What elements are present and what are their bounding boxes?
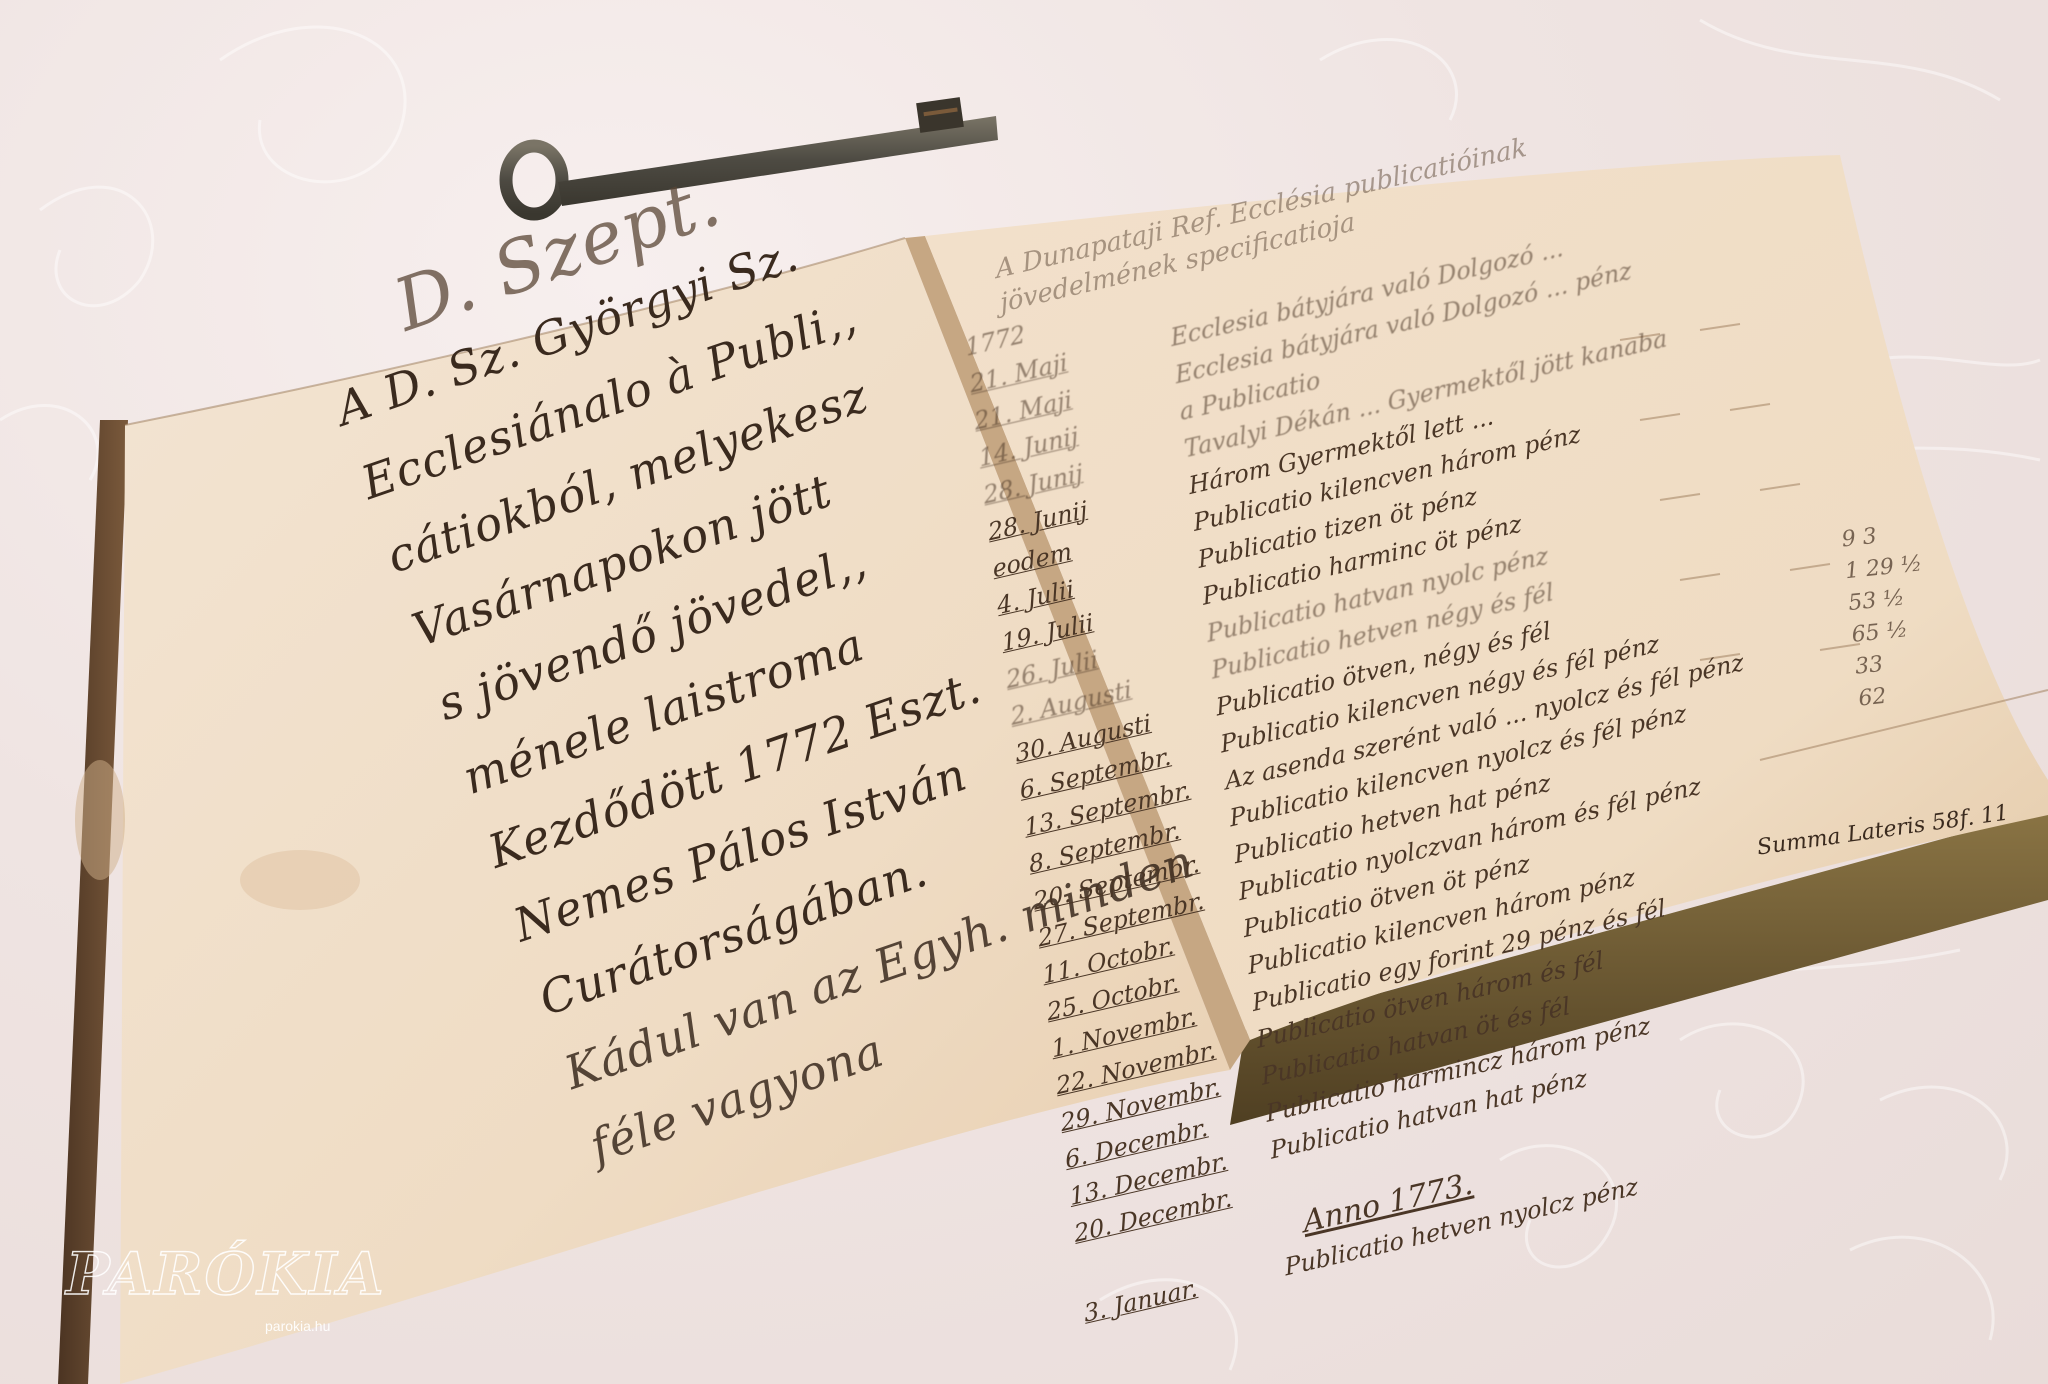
right-page-ledger: A Dunapataji Ref. Ecclésia publicatióina… <box>955 96 1806 1333</box>
watermark-url: parokia.hu <box>265 1318 330 1334</box>
parokia-logo: PARÓKIA <box>66 1240 386 1308</box>
photo-scene: D. Szept. A D. Sz. Györgyi Sz. Ecclesián… <box>0 0 2048 1384</box>
parokia-watermark: PARÓKIA parokia.hu <box>60 1240 320 1350</box>
